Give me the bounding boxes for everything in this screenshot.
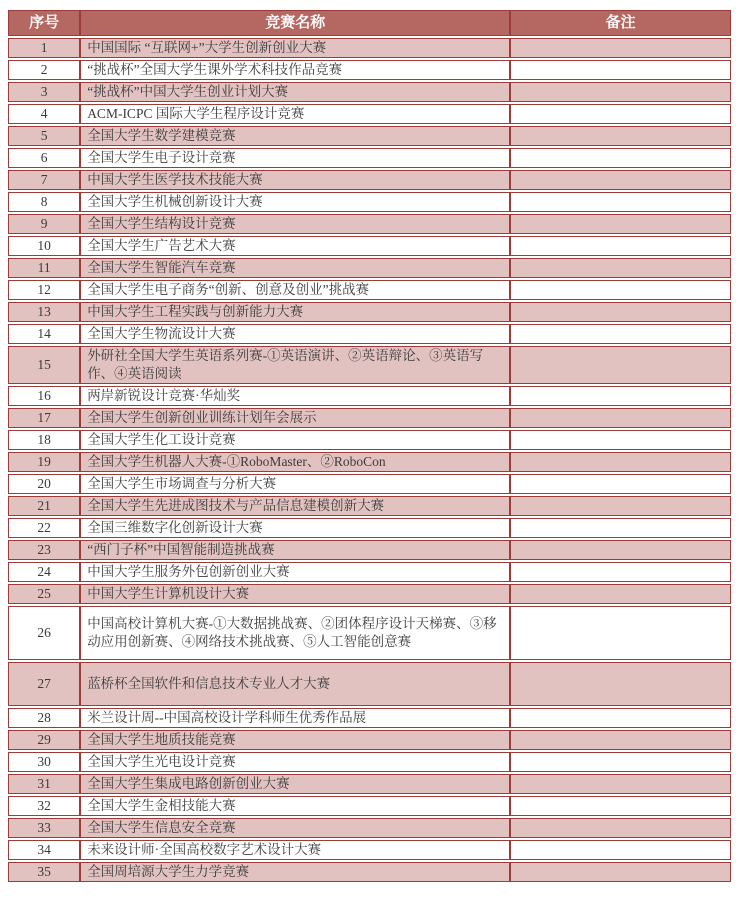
cell-remark: [510, 818, 731, 838]
cell-index: 28: [8, 708, 80, 728]
table-row: 9全国大学生结构设计竞赛: [8, 214, 731, 234]
cell-remark: [510, 730, 731, 750]
cell-remark: [510, 452, 731, 472]
cell-remark: [510, 606, 731, 660]
table-row: 17全国大学生创新创业训练计划年会展示: [8, 408, 731, 428]
cell-competition-name: 全国大学生金相技能大赛: [80, 796, 510, 816]
table-row: 25中国大学生计算机设计大赛: [8, 584, 731, 604]
cell-index: 12: [8, 280, 80, 300]
cell-competition-name: ACM-ICPC 国际大学生程序设计竞赛: [80, 104, 510, 124]
cell-remark: [510, 346, 731, 384]
table-row: 24中国大学生服务外包创新创业大赛: [8, 562, 731, 582]
cell-index: 18: [8, 430, 80, 450]
cell-remark: [510, 540, 731, 560]
cell-remark: [510, 192, 731, 212]
cell-competition-name: “挑战杯”中国大学生创业计划大赛: [80, 82, 510, 102]
table-row: 23“西门子杯”中国智能制造挑战赛: [8, 540, 731, 560]
cell-remark: [510, 38, 731, 58]
cell-remark: [510, 214, 731, 234]
table-row: 13中国大学生工程实践与创新能力大赛: [8, 302, 731, 322]
table-row: 16两岸新锐设计竞赛·华灿奖: [8, 386, 731, 406]
cell-index: 23: [8, 540, 80, 560]
table-row: 35全国周培源大学生力学竞赛: [8, 862, 731, 882]
table-row: 21全国大学生先进成图技术与产品信息建模创新大赛: [8, 496, 731, 516]
cell-index: 11: [8, 258, 80, 278]
cell-index: 1: [8, 38, 80, 58]
table-row: 33全国大学生信息安全竞赛: [8, 818, 731, 838]
table-row: 3“挑战杯”中国大学生创业计划大赛: [8, 82, 731, 102]
col-header-competition-name: 竞赛名称: [80, 10, 510, 36]
table-row: 32全国大学生金相技能大赛: [8, 796, 731, 816]
table-row: 31全国大学生集成电路创新创业大赛: [8, 774, 731, 794]
cell-remark: [510, 474, 731, 494]
table-row: 22全国三维数字化创新设计大赛: [8, 518, 731, 538]
table-row: 15外研社全国大学生英语系列赛-①英语演讲、②英语辩论、③英语写作、④英语阅读: [8, 346, 731, 384]
cell-remark: [510, 126, 731, 146]
table-row: 20全国大学生市场调查与分析大赛: [8, 474, 731, 494]
table-row: 27蓝桥杯全国软件和信息技术专业人才大赛: [8, 662, 731, 706]
table-row: 19全国大学生机器人大赛-①RoboMaster、②RoboCon: [8, 452, 731, 472]
cell-remark: [510, 796, 731, 816]
cell-index: 22: [8, 518, 80, 538]
cell-remark: [510, 862, 731, 882]
table-row: 18全国大学生化工设计竞赛: [8, 430, 731, 450]
cell-competition-name: 全国大学生市场调查与分析大赛: [80, 474, 510, 494]
table-row: 4ACM-ICPC 国际大学生程序设计竞赛: [8, 104, 731, 124]
table-row: 10全国大学生广告艺术大赛: [8, 236, 731, 256]
col-header-index: 序号: [8, 10, 80, 36]
cell-competition-name: 米兰设计周--中国高校设计学科师生优秀作品展: [80, 708, 510, 728]
table-row: 14全国大学生物流设计大赛: [8, 324, 731, 344]
cell-competition-name: 全国大学生地质技能竞赛: [80, 730, 510, 750]
cell-index: 25: [8, 584, 80, 604]
cell-competition-name: 中国国际 “互联网+”大学生创新创业大赛: [80, 38, 510, 58]
cell-remark: [510, 302, 731, 322]
cell-competition-name: 两岸新锐设计竞赛·华灿奖: [80, 386, 510, 406]
cell-index: 8: [8, 192, 80, 212]
cell-competition-name: 全国大学生结构设计竞赛: [80, 214, 510, 234]
cell-remark: [510, 662, 731, 706]
table-header: 序号 竞赛名称 备注: [8, 10, 731, 36]
table-row: 8全国大学生机械创新设计大赛: [8, 192, 731, 212]
col-header-remark: 备注: [510, 10, 731, 36]
cell-remark: [510, 518, 731, 538]
cell-index: 15: [8, 346, 80, 384]
table-row: 12全国大学生电子商务“创新、创意及创业”挑战赛: [8, 280, 731, 300]
cell-index: 17: [8, 408, 80, 428]
cell-competition-name: 中国大学生计算机设计大赛: [80, 584, 510, 604]
table-body: 1中国国际 “互联网+”大学生创新创业大赛2“挑战杯”全国大学生课外学术科技作品…: [8, 38, 731, 882]
table-row: 5全国大学生数学建模竞赛: [8, 126, 731, 146]
cell-index: 24: [8, 562, 80, 582]
cell-remark: [510, 258, 731, 278]
cell-competition-name: 全国大学生信息安全竞赛: [80, 818, 510, 838]
cell-competition-name: “挑战杯”全国大学生课外学术科技作品竞赛: [80, 60, 510, 80]
cell-index: 6: [8, 148, 80, 168]
cell-index: 30: [8, 752, 80, 772]
cell-index: 31: [8, 774, 80, 794]
cell-remark: [510, 60, 731, 80]
cell-competition-name: 中国大学生工程实践与创新能力大赛: [80, 302, 510, 322]
cell-competition-name: 全国大学生电子商务“创新、创意及创业”挑战赛: [80, 280, 510, 300]
cell-competition-name: 全国大学生先进成图技术与产品信息建模创新大赛: [80, 496, 510, 516]
cell-competition-name: 外研社全国大学生英语系列赛-①英语演讲、②英语辩论、③英语写作、④英语阅读: [80, 346, 510, 384]
table-row: 34未来设计师·全国高校数字艺术设计大赛: [8, 840, 731, 860]
cell-competition-name: 未来设计师·全国高校数字艺术设计大赛: [80, 840, 510, 860]
cell-index: 33: [8, 818, 80, 838]
header-row: 序号 竞赛名称 备注: [8, 10, 731, 36]
cell-competition-name: 全国周培源大学生力学竞赛: [80, 862, 510, 882]
cell-index: 19: [8, 452, 80, 472]
cell-index: 10: [8, 236, 80, 256]
cell-remark: [510, 104, 731, 124]
table-row: 6全国大学生电子设计竞赛: [8, 148, 731, 168]
cell-competition-name: 中国大学生服务外包创新创业大赛: [80, 562, 510, 582]
cell-index: 21: [8, 496, 80, 516]
cell-competition-name: 全国大学生广告艺术大赛: [80, 236, 510, 256]
cell-remark: [510, 236, 731, 256]
cell-remark: [510, 562, 731, 582]
cell-competition-name: 蓝桥杯全国软件和信息技术专业人才大赛: [80, 662, 510, 706]
cell-remark: [510, 430, 731, 450]
cell-remark: [510, 386, 731, 406]
competitions-table: 序号 竞赛名称 备注 1中国国际 “互联网+”大学生创新创业大赛2“挑战杯”全国…: [8, 8, 731, 884]
table-row: 1中国国际 “互联网+”大学生创新创业大赛: [8, 38, 731, 58]
cell-competition-name: 全国大学生机器人大赛-①RoboMaster、②RoboCon: [80, 452, 510, 472]
cell-index: 9: [8, 214, 80, 234]
cell-index: 13: [8, 302, 80, 322]
table-row: 11全国大学生智能汽车竞赛: [8, 258, 731, 278]
cell-index: 7: [8, 170, 80, 190]
cell-index: 35: [8, 862, 80, 882]
cell-competition-name: 中国大学生医学技术技能大赛: [80, 170, 510, 190]
cell-index: 29: [8, 730, 80, 750]
document-page: 序号 竞赛名称 备注 1中国国际 “互联网+”大学生创新创业大赛2“挑战杯”全国…: [0, 0, 739, 892]
table-row: 26中国高校计算机大赛-①大数据挑战赛、②团体程序设计天梯赛、③移动应用创新赛、…: [8, 606, 731, 660]
cell-remark: [510, 840, 731, 860]
cell-remark: [510, 774, 731, 794]
cell-competition-name: 全国大学生智能汽车竞赛: [80, 258, 510, 278]
table-row: 28米兰设计周--中国高校设计学科师生优秀作品展: [8, 708, 731, 728]
cell-competition-name: “西门子杯”中国智能制造挑战赛: [80, 540, 510, 560]
cell-index: 32: [8, 796, 80, 816]
cell-index: 4: [8, 104, 80, 124]
cell-remark: [510, 752, 731, 772]
cell-competition-name: 全国大学生电子设计竞赛: [80, 148, 510, 168]
cell-competition-name: 全国大学生物流设计大赛: [80, 324, 510, 344]
table-row: 30全国大学生光电设计竞赛: [8, 752, 731, 772]
cell-remark: [510, 170, 731, 190]
table-row: 29全国大学生地质技能竞赛: [8, 730, 731, 750]
cell-index: 5: [8, 126, 80, 146]
cell-competition-name: 全国大学生数学建模竞赛: [80, 126, 510, 146]
cell-remark: [510, 408, 731, 428]
cell-remark: [510, 280, 731, 300]
cell-remark: [510, 82, 731, 102]
cell-competition-name: 全国三维数字化创新设计大赛: [80, 518, 510, 538]
table-row: 7中国大学生医学技术技能大赛: [8, 170, 731, 190]
cell-competition-name: 全国大学生创新创业训练计划年会展示: [80, 408, 510, 428]
cell-remark: [510, 148, 731, 168]
cell-index: 26: [8, 606, 80, 660]
cell-competition-name: 全国大学生集成电路创新创业大赛: [80, 774, 510, 794]
cell-index: 27: [8, 662, 80, 706]
cell-remark: [510, 496, 731, 516]
cell-index: 14: [8, 324, 80, 344]
cell-remark: [510, 584, 731, 604]
cell-remark: [510, 708, 731, 728]
cell-competition-name: 中国高校计算机大赛-①大数据挑战赛、②团体程序设计天梯赛、③移动应用创新赛、④网…: [80, 606, 510, 660]
cell-competition-name: 全国大学生化工设计竞赛: [80, 430, 510, 450]
cell-index: 20: [8, 474, 80, 494]
cell-index: 2: [8, 60, 80, 80]
cell-remark: [510, 324, 731, 344]
cell-index: 16: [8, 386, 80, 406]
cell-index: 34: [8, 840, 80, 860]
cell-competition-name: 全国大学生机械创新设计大赛: [80, 192, 510, 212]
table-row: 2“挑战杯”全国大学生课外学术科技作品竞赛: [8, 60, 731, 80]
cell-index: 3: [8, 82, 80, 102]
cell-competition-name: 全国大学生光电设计竞赛: [80, 752, 510, 772]
